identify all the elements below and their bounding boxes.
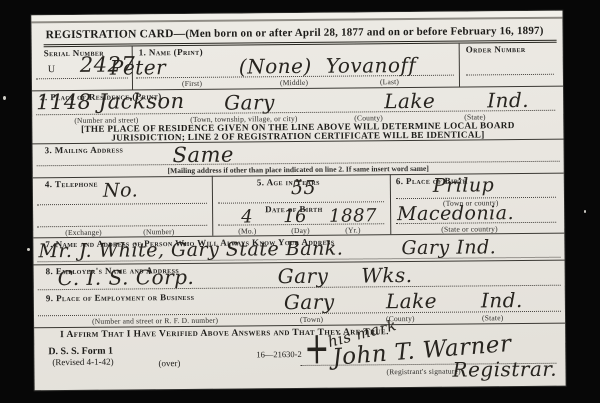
employment-state-value: Ind. <box>481 290 523 310</box>
card-title: REGISTRATION CARD—(Men born on or after … <box>45 25 543 41</box>
telephone-label: 4. Telephone <box>45 179 98 189</box>
age-value: 55 <box>291 179 316 198</box>
card-title-parenthetical: (Men born on or after April 28, 1877 and… <box>185 25 543 40</box>
film-speck <box>27 248 30 251</box>
name-middle-value: (None) <box>239 56 312 77</box>
film-scan-background: REGISTRATION CARD—(Men born on or after … <box>0 0 600 403</box>
birth-town-value: Prilup <box>433 176 495 196</box>
sub-label-exchange: (Exchange) <box>65 228 102 237</box>
sub-label-last: (Last) <box>380 77 399 86</box>
card-top-edge <box>31 11 562 24</box>
residence-state-value: Ind. <box>487 90 529 110</box>
telephone-dotted-line2 <box>37 225 207 227</box>
sub-label-rfd-number: (Number and street or R. F. D. number) <box>92 316 218 326</box>
telephone-value: No. <box>103 181 138 200</box>
birth-country-value: Macedonia. <box>397 204 514 224</box>
contact-person-value-right: Gary Ind. <box>401 238 496 258</box>
registrar-title: Registrar. <box>452 359 557 380</box>
sub-label-month: (Mo.) <box>238 226 256 235</box>
row1-divider-right <box>459 44 460 87</box>
sub-label-first: (First) <box>182 79 202 88</box>
film-speck <box>3 96 6 100</box>
sub-label-year: (Yr.) <box>345 225 360 234</box>
over-note: (over) <box>158 358 180 368</box>
residence-city-value: Gary <box>224 92 275 112</box>
name-first-value: Peter <box>110 57 167 77</box>
name-last-value: Yovanoff <box>326 55 417 76</box>
employer-name-value: C. I. S. Corp. <box>58 267 195 288</box>
form-revision: (Revised 4-1-42) <box>52 357 113 368</box>
registration-card: REGISTRATION CARD—(Men born on or after … <box>31 11 565 391</box>
employment-county-value: Lake <box>386 291 437 311</box>
sub-label-middle: (Middle) <box>280 78 308 87</box>
residence-street-value: 1148 Jackson <box>36 91 185 113</box>
film-speck <box>584 210 586 213</box>
order-dotted-line <box>466 74 554 76</box>
print-code: 16—21630-2 <box>256 349 301 359</box>
row456-divider-left <box>212 176 214 236</box>
sub-label-number: (Number) <box>143 227 174 236</box>
card-title-caps: REGISTRATION CARD— <box>45 28 185 41</box>
serial-number-prefix: U <box>48 64 55 75</box>
employer-place-value: Gary Wks. <box>278 265 413 286</box>
order-number-label: Order Number <box>466 44 526 55</box>
form-name: D. S. S. Form 1 <box>48 346 113 358</box>
row456-divider-right <box>390 174 392 234</box>
employment-place-label: 9. Place of Employment or Business <box>46 292 195 303</box>
telephone-dotted-line1 <box>37 203 207 205</box>
employment-town-value: Gary <box>284 292 335 312</box>
sub-label-employment-state: (State) <box>482 313 503 322</box>
sub-label-day: (Day) <box>291 226 310 235</box>
signature-label: (Registrant's signature) <box>386 367 460 377</box>
mailing-address-label: 3. Mailing Address <box>45 145 124 156</box>
residence-county-value: Lake <box>384 91 435 111</box>
